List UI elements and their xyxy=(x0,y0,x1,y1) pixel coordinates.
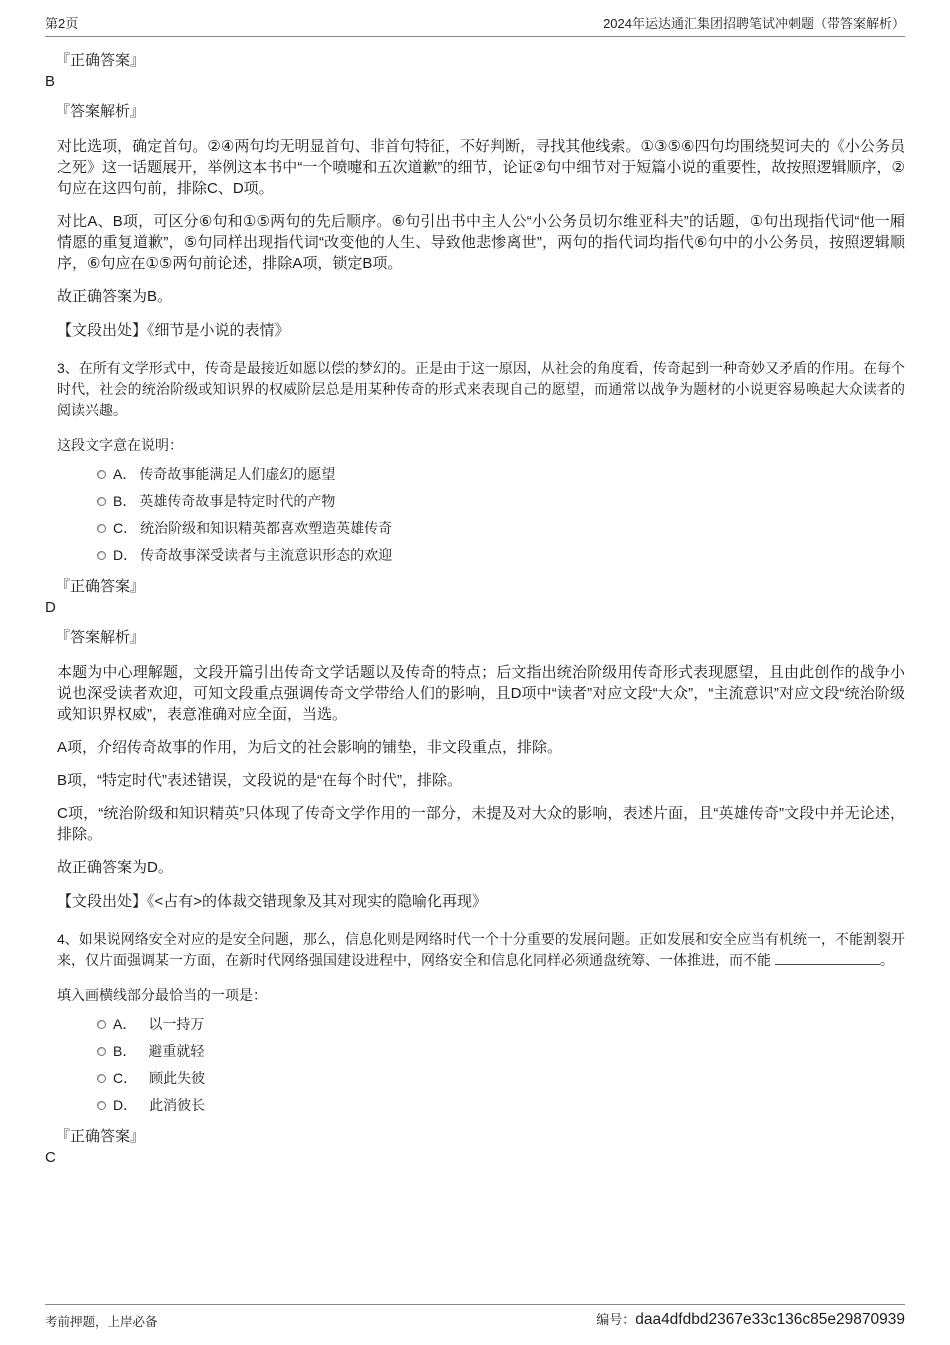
doc-number: 编号：daa4dfdbd2367e33c136c85e29870939 xyxy=(596,1309,905,1329)
q3-source-reference: 【文段出处】《<占有>的体裁交错现象及其对现实的隐喻化再现》 xyxy=(57,891,905,912)
q2-analysis-paragraph-1: 对比选项，确定首句。②④两句均无明显首句、非首句特征，不好判断，寻找其他线索。①… xyxy=(57,136,905,199)
radio-icon[interactable] xyxy=(97,1074,106,1083)
q3-option-d[interactable]: D． 传奇故事深受读者与主流意识形态的欢迎 xyxy=(97,547,905,563)
q2-answer-value: B xyxy=(45,73,905,90)
doc-number-label: 编号： xyxy=(596,1309,635,1328)
radio-icon[interactable] xyxy=(97,1101,106,1110)
q2-conclusion: 故正确答案为B。 xyxy=(57,286,905,307)
doc-number-value: daa4dfdbd2367e33c136c85e29870939 xyxy=(635,1311,905,1329)
option-text: 英雄传奇故事是特定时代的产物 xyxy=(139,491,335,511)
q2-source-reference: 【文段出处】《细节是小说的表情》 xyxy=(57,320,905,341)
q3-answer-value: D xyxy=(45,599,905,616)
q4-answer-value: C xyxy=(45,1149,905,1166)
option-letter: A． xyxy=(113,1014,136,1034)
q3-analysis-paragraph-1: 本题为中心理解题，文段开篇引出传奇文学话题以及传奇的特点；后文指出统治阶级用传奇… xyxy=(57,662,905,725)
radio-icon[interactable] xyxy=(97,470,106,479)
q4-option-b[interactable]: B． 避重就轻 xyxy=(97,1043,905,1059)
document-page: 第2页 2024年运达通汇集团招聘笔试冲刺题（带答案解析） 『正确答案』 B 『… xyxy=(0,0,950,1345)
document-body: 『正确答案』 B 『答案解析』 对比选项，确定首句。②④两句均无明显首句、非首句… xyxy=(0,49,950,1166)
q3-option-a[interactable]: A． 传奇故事能满足人们虚幻的愿望 xyxy=(97,466,905,482)
radio-icon[interactable] xyxy=(97,1020,106,1029)
q3-conclusion: 故正确答案为D。 xyxy=(57,857,905,878)
q4-stem-period: 。 xyxy=(880,952,894,968)
q3-analysis-label: 『答案解析』 xyxy=(55,626,905,647)
q4-prompt: 填入画横线部分最恰当的一项是： xyxy=(57,985,905,1005)
option-letter: D． xyxy=(113,545,137,565)
option-letter: D． xyxy=(113,1095,137,1115)
q3-stem: 3、在所有文学形式中，传奇是最接近如愿以偿的梦幻的。正是由于这一原因，从社会的角… xyxy=(57,358,905,421)
q4-correct-answer-label: 『正确答案』 xyxy=(55,1125,905,1146)
q3-correct-answer-label: 『正确答案』 xyxy=(55,575,905,596)
radio-icon[interactable] xyxy=(97,551,106,560)
q3-options-group: A． 传奇故事能满足人们虚幻的愿望 B． 英雄传奇故事是特定时代的产物 C． 统… xyxy=(97,466,905,563)
q4-option-d[interactable]: D． 此消彼长 xyxy=(97,1097,905,1113)
footer-slogan: 考前押题，上岸必备 xyxy=(45,1309,158,1330)
radio-icon[interactable] xyxy=(97,497,106,506)
document-title: 2024年运达通汇集团招聘笔试冲刺题（带答案解析） xyxy=(603,13,905,32)
option-letter: B． xyxy=(113,491,136,511)
option-letter: C． xyxy=(113,518,137,538)
q3-analysis-option-a: A项，介绍传奇故事的作用，为后文的社会影响的铺垫，非文段重点，排除。 xyxy=(57,737,905,758)
q3-analysis-option-b: B项，“特定时代”表述错误，文段说的是“在每个时代”，排除。 xyxy=(57,770,905,791)
q4-stem: 4、如果说网络安全对应的是安全问题，那么，信息化则是网络时代一个十分重要的发展问… xyxy=(57,929,905,971)
q2-analysis-label: 『答案解析』 xyxy=(55,100,905,121)
option-letter: B． xyxy=(113,1041,136,1061)
option-letter: C． xyxy=(113,1068,137,1088)
q4-option-a[interactable]: A． 以一持万 xyxy=(97,1016,905,1032)
blank-underline xyxy=(775,952,880,965)
page-number: 第2页 xyxy=(45,13,78,32)
option-text: 顾此失彼 xyxy=(149,1068,205,1088)
q3-option-b[interactable]: B． 英雄传奇故事是特定时代的产物 xyxy=(97,493,905,509)
option-text: 避重就轻 xyxy=(148,1041,204,1061)
option-text: 传奇故事能满足人们虚幻的愿望 xyxy=(139,464,335,484)
option-text: 此消彼长 xyxy=(149,1095,205,1115)
q3-prompt: 这段文字意在说明： xyxy=(57,435,905,455)
radio-icon[interactable] xyxy=(97,524,106,533)
q4-option-c[interactable]: C． 顾此失彼 xyxy=(97,1070,905,1086)
option-text: 以一持万 xyxy=(148,1014,204,1034)
radio-icon[interactable] xyxy=(97,1047,106,1056)
q2-correct-answer-label: 『正确答案』 xyxy=(55,49,905,70)
option-letter: A． xyxy=(113,464,136,484)
q3-option-c[interactable]: C． 统治阶级和知识精英都喜欢塑造英雄传奇 xyxy=(97,520,905,536)
page-header: 第2页 2024年运达通汇集团招聘笔试冲刺题（带答案解析） xyxy=(45,0,905,37)
q3-analysis-option-c: C项，“统治阶级和知识精英”只体现了传奇文学作用的一部分，未提及对大众的影响，表… xyxy=(57,803,905,845)
q2-analysis-paragraph-2: 对比A、B项，可区分⑥句和①⑤两句的先后顺序。⑥句引出书中主人公“小公务员切尔维… xyxy=(57,211,905,274)
option-text: 统治阶级和知识精英都喜欢塑造英雄传奇 xyxy=(140,518,392,538)
option-text: 传奇故事深受读者与主流意识形态的欢迎 xyxy=(140,545,392,565)
page-footer: 考前押题，上岸必备 编号：daa4dfdbd2367e33c136c85e298… xyxy=(45,1304,905,1345)
q4-options-group: A． 以一持万 B． 避重就轻 C． 顾此失彼 D． 此消彼长 xyxy=(97,1016,905,1113)
